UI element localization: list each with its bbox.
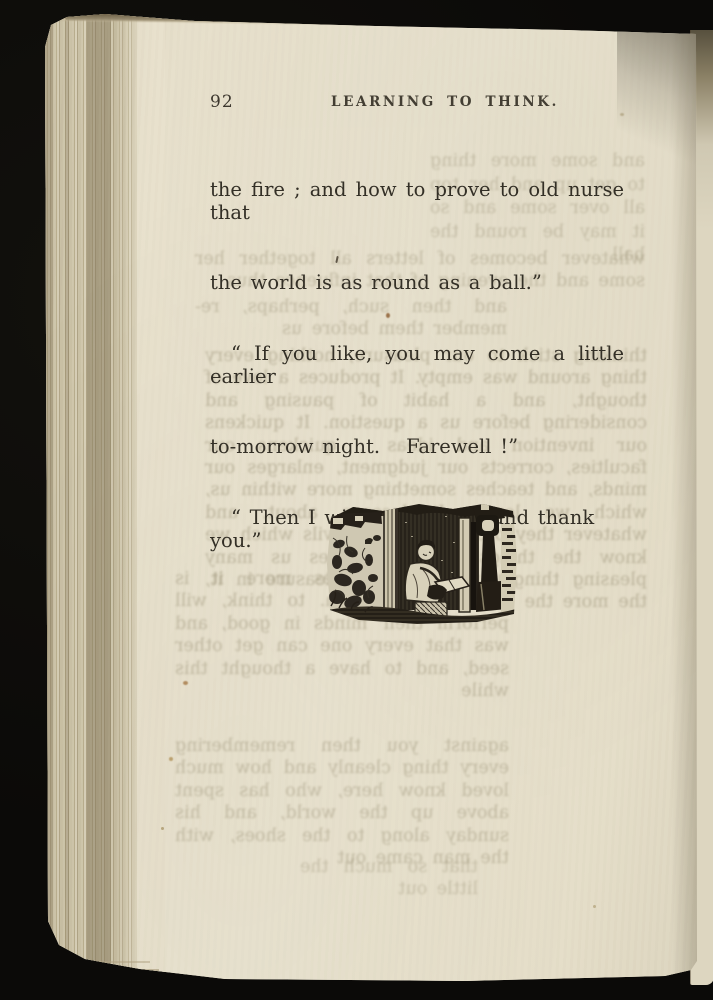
foxing-spot (161, 827, 164, 830)
foxing-spot (620, 113, 624, 116)
fore-edge-fade (115, 13, 165, 985)
woodcut-illustration (325, 502, 518, 625)
foxing-spot (183, 681, 188, 685)
page-header: 92 LEARNING TO THINK. (210, 92, 622, 114)
gutter-side-shade (671, 13, 697, 985)
body-line: the world is as round as a ball.” (210, 271, 624, 294)
running-header: LEARNING TO THINK. (210, 94, 622, 110)
body-line: “ If you like, you may come a little ear… (210, 342, 624, 389)
foxing-spot (593, 905, 596, 908)
bleedthrough-text: against you then remembering every thing… (175, 735, 509, 869)
body-line: the fire ; and how to prove to old nurse… (210, 178, 624, 225)
book-photograph: and some more thing to get up and her to… (0, 0, 713, 1000)
page-top-edge-clump (65, 12, 225, 23)
book-page: and some more thing to get up and her to… (45, 13, 697, 985)
child-reading-woodcut-image (325, 502, 518, 625)
foxing-spot (169, 757, 173, 761)
bleedthrough-text: that so much the little out (300, 856, 478, 901)
bottom-stack-curve (53, 939, 150, 963)
body-line: to-morrow night. Farewell !” (210, 435, 624, 458)
